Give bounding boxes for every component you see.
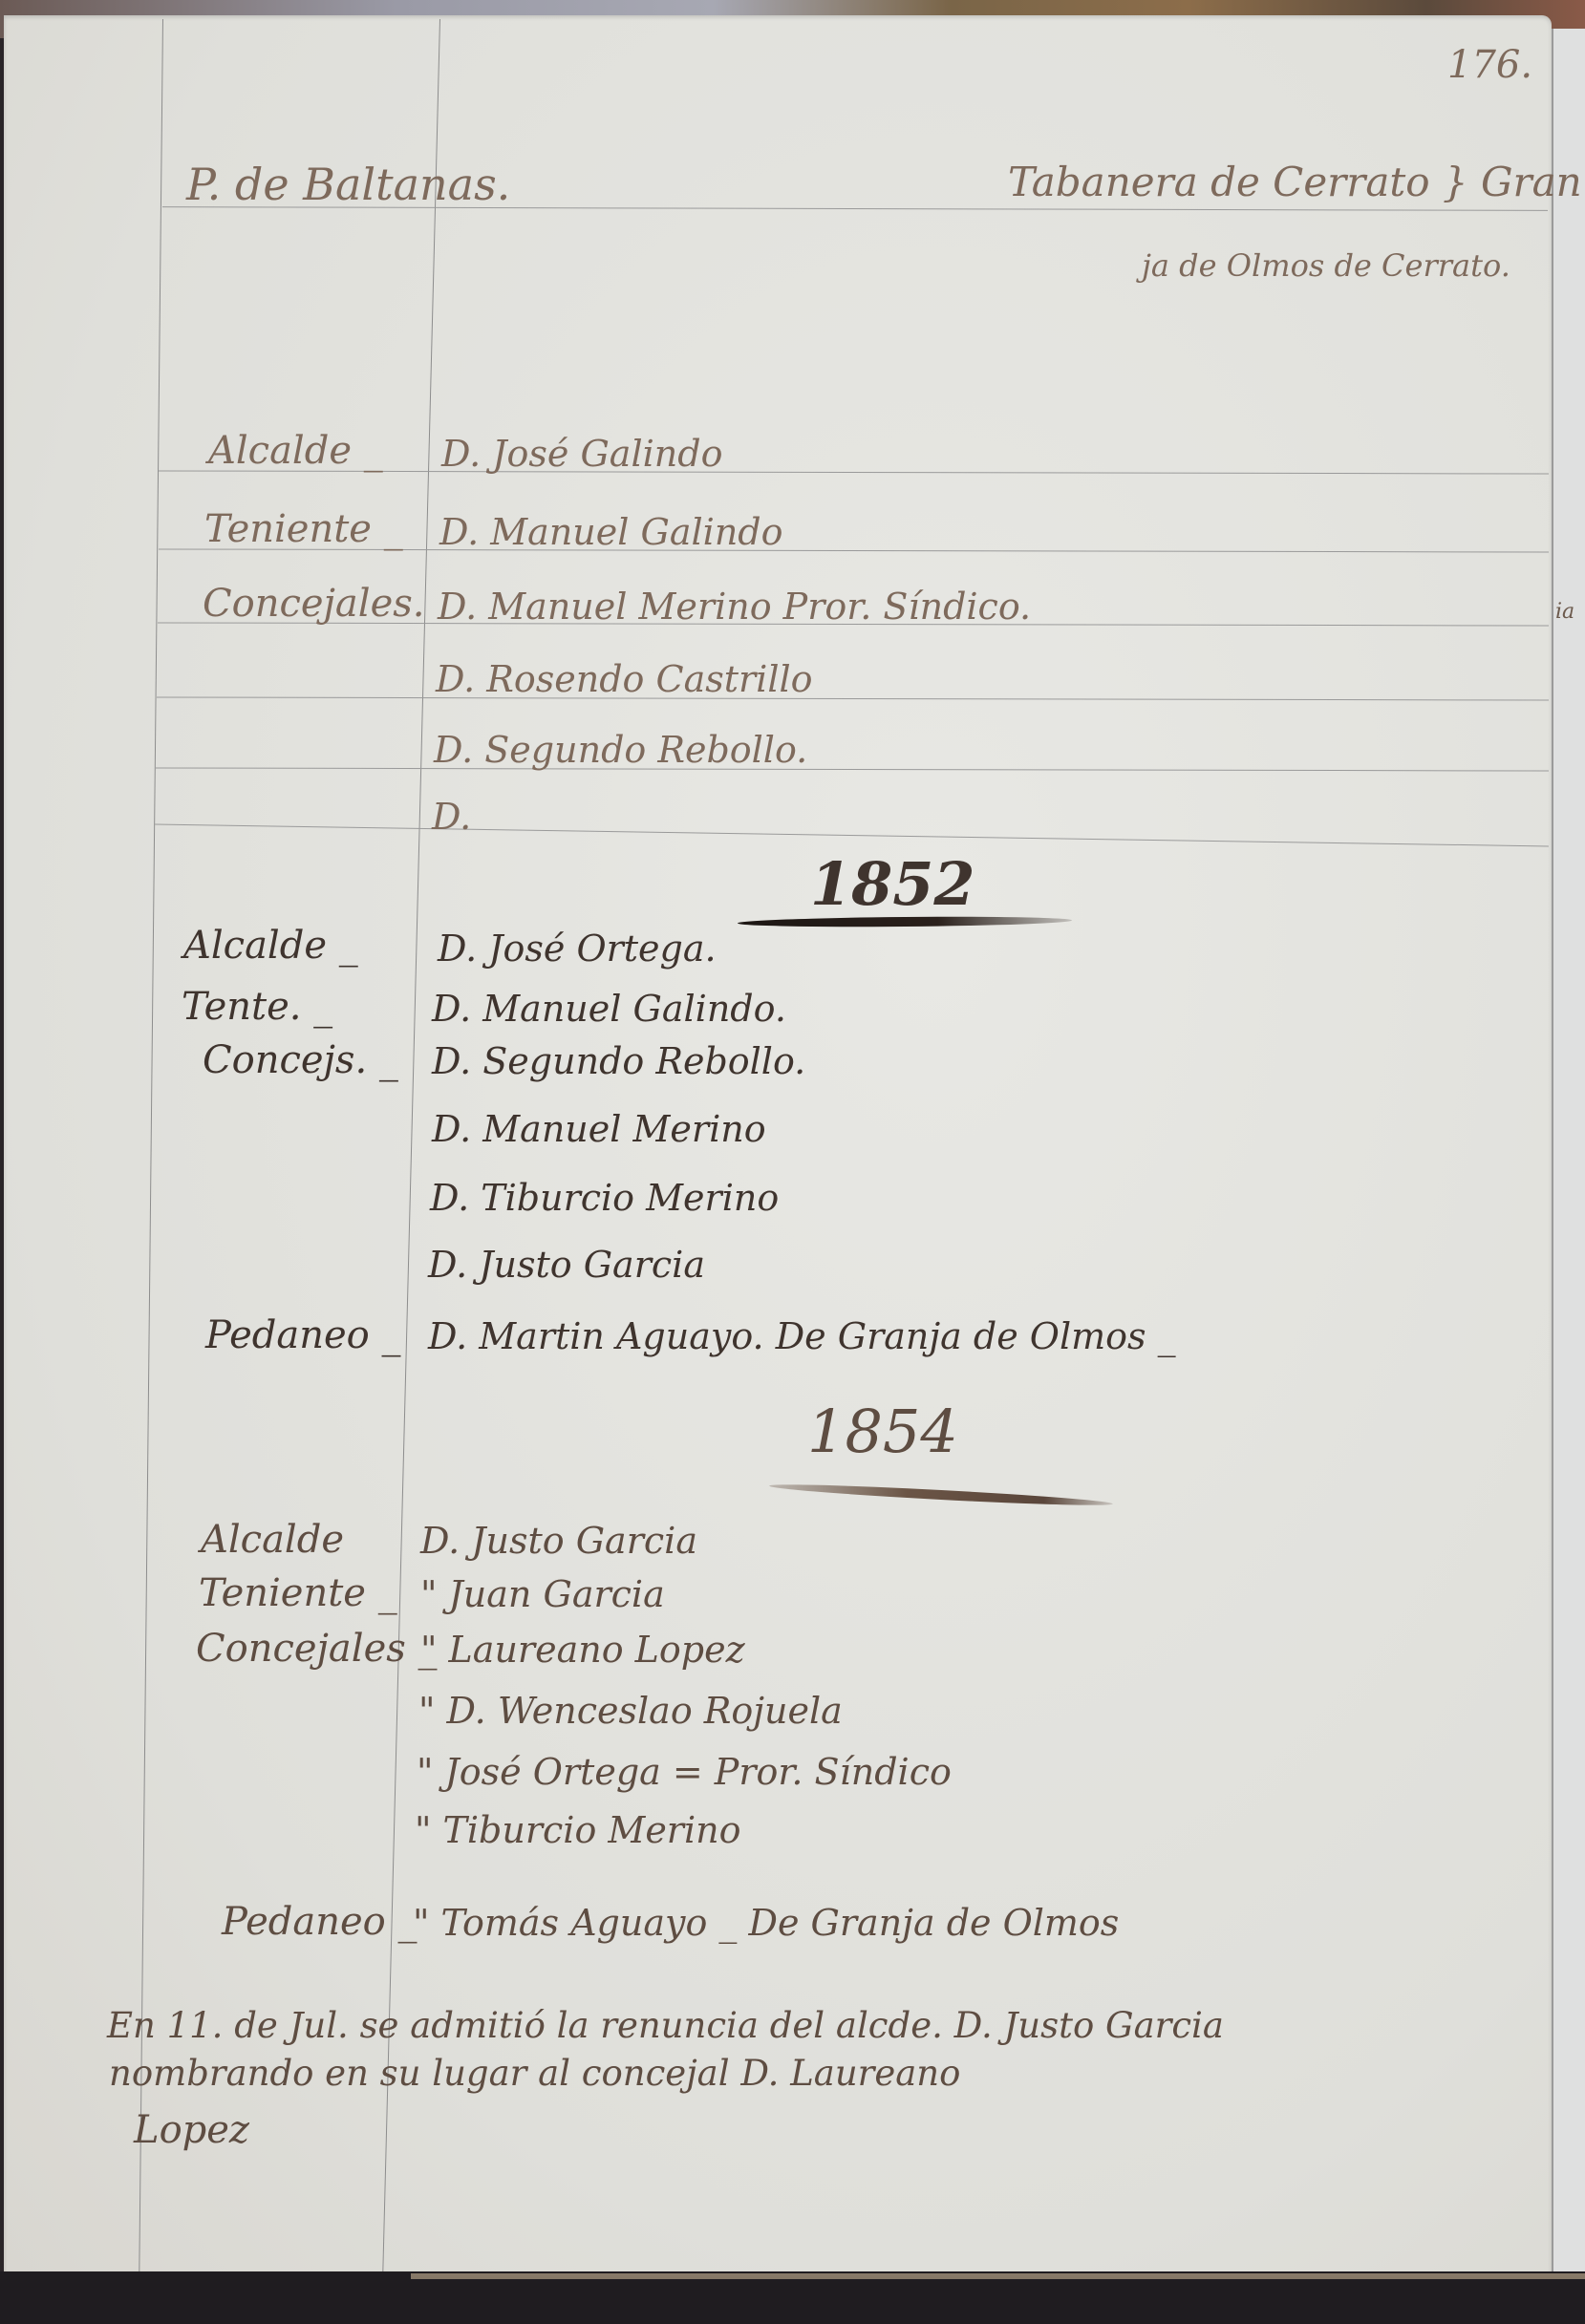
nombre-1854-alcalde: D. Justo Garcia (420, 1523, 697, 1559)
pueblo-heading-line1: Tabanera de Cerrato } Gran (1008, 162, 1582, 203)
nombre-1854-concejal-2: " D. Wenceslao Rojuela (418, 1693, 843, 1729)
nombre-1854-concejal-1: " Laureano Lopez (420, 1631, 745, 1668)
nombre-teniente: D. Manuel Galindo (439, 514, 783, 550)
next-page-edge (1552, 29, 1585, 2292)
scan-background-bottom (0, 2271, 1585, 2324)
nombre-1852-concejal-1: D. Segundo Rebollo. (432, 1043, 805, 1079)
nombre-concejal-1: D. Manuel Merino Pror. Síndico. (438, 588, 1031, 625)
cargo-1854-alcalde: Alcalde (201, 1521, 344, 1559)
cargo-1854-pedaneo: Pedaneo _ (222, 1903, 417, 1941)
nombre-1852-concejal-4: D. Justo Garcia (428, 1247, 705, 1283)
nombre-1854-concejal-4: " Tiburcio Merino (415, 1812, 740, 1848)
year-1852: 1852 (810, 855, 975, 914)
note-line-3: Lopez (134, 2111, 249, 2149)
cargo-1852-alcalde: Alcalde _ (183, 927, 358, 965)
nombre-concejal-3: D. Segundo Rebollo. (434, 732, 807, 768)
nombre-1852-alcalde: D. José Ortega. (438, 930, 717, 967)
pueblo-heading-line2: ja de Olmos de Cerrato. (1142, 250, 1510, 281)
cargo-alcalde: Alcalde _ (208, 432, 383, 470)
cargo-1852-concejales: Concejs. _ (203, 1041, 398, 1079)
note-line-1: En 11. de Jul. se admitió la renuncia de… (107, 2008, 1224, 2043)
nombre-alcalde: D. José Galindo (441, 436, 722, 472)
nombre-1854-concejal-3: " José Ortega = Pror. Síndico (417, 1754, 952, 1790)
margin-mark-next-page: ia (1555, 600, 1574, 624)
nombre-1854-pedaneo: " Tomás Aguayo _ De Granja de Olmos (413, 1905, 1119, 1941)
nombre-concejal-4: D. (432, 799, 471, 835)
nombre-1852-pedaneo: D. Martin Aguayo. De Granja de Olmos _ (428, 1318, 1176, 1354)
year-1854: 1854 (807, 1402, 958, 1461)
note-line-2: nombrando en su lugar al concejal D. Lau… (109, 2056, 960, 2091)
nombre-1854-teniente: " Juan Garcia (420, 1576, 665, 1612)
nombre-1852-concejal-3: D. Tiburcio Merino (430, 1180, 779, 1216)
cargo-teniente: Teniente _ (204, 510, 403, 548)
cargo-concejales: Concejales. (203, 585, 424, 623)
cargo-1854-teniente: Teniente _ (199, 1574, 397, 1612)
cargo-1852-teniente: Tente. _ (182, 988, 332, 1026)
cargo-1854-concejales: Concejales _ (196, 1630, 437, 1668)
nombre-1852-teniente: D. Manuel Galindo. (432, 991, 786, 1027)
nombre-concejal-2: D. Rosendo Castrillo (436, 661, 813, 697)
cargo-1852-pedaneo: Pedaneo _ (205, 1316, 400, 1354)
partido-heading: P. de Baltanas. (186, 162, 510, 206)
nombre-1852-concejal-2: D. Manuel Merino (432, 1111, 766, 1147)
page-number: 176. (1447, 46, 1532, 84)
